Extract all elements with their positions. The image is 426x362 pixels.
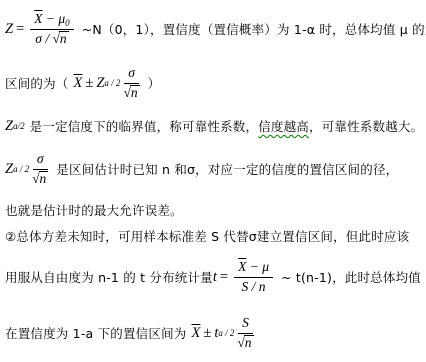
var-t: t xyxy=(213,269,217,286)
formula-z-statistic: Z = X − μ0 σ / √n xyxy=(5,11,77,46)
line2-text: 区间的为（ xyxy=(5,74,69,92)
plus-minus-sign: ± xyxy=(203,325,211,342)
doc-line-3: Za/2 是一定信度下的临界值，称可靠性系数，信度越高，可靠性系数越大。 xyxy=(5,111,422,141)
var-xbar: X xyxy=(191,325,200,342)
var-sigma: σ xyxy=(37,151,44,166)
mu-subscript: 0 xyxy=(65,18,70,28)
var-z: Z xyxy=(96,75,104,92)
fraction-numerator: S xyxy=(238,315,253,333)
var-s-over-n: S / n xyxy=(242,279,266,294)
fraction-denominator: S / n xyxy=(242,278,266,295)
var-n: n xyxy=(59,31,69,47)
line8-text: 在置信度为 1-a 下的置信区间为 xyxy=(5,324,186,342)
line1-text: ~N（0，1），置信度（置信概率）为 1-α 时，总体均值 μ 的置信 xyxy=(82,20,426,38)
var-z: Z xyxy=(5,118,13,135)
doc-line-6: ②总体方差未知时，可用样本标准差 S 代替σ建立置信区间，但此时应该 xyxy=(5,223,422,249)
var-xbar: X xyxy=(34,11,42,26)
fraction-z: X − μ0 σ / √n xyxy=(30,11,73,46)
fraction-numerator: σ xyxy=(124,65,139,83)
fraction-s-sqrtn: S √n xyxy=(237,315,253,350)
fraction-denominator: √n xyxy=(123,84,139,101)
formula-interval-z: X ± Za / 2 σ √n xyxy=(74,65,143,100)
symbol-z-a2: Za/2 xyxy=(5,118,25,135)
var-xbar: X xyxy=(238,259,246,274)
fraction-t: X − μ S / n xyxy=(234,259,273,294)
fraction-denominator: √n xyxy=(32,170,48,187)
doc-line-7: 用服从自由度为 n-1 的 t 分布统计量 t = X − μ S / n ~ … xyxy=(5,249,422,305)
var-n: n xyxy=(130,85,140,101)
line6-text: ②总体方差未知时，可用样本标准差 S 代替σ建立置信区间，但此时应该 xyxy=(5,227,409,245)
fraction-numerator: σ xyxy=(33,151,48,169)
plus-minus-sign: ± xyxy=(85,75,93,92)
doc-line-1: Z = X − μ0 σ / √n ~N（0，1），置信度（置信概率）为 1-α… xyxy=(5,3,422,55)
var-mu: − μ xyxy=(46,11,65,26)
var-mu: − μ xyxy=(250,259,269,274)
doc-line-2: 区间的为（ X ± Za / 2 σ √n ） xyxy=(5,55,422,111)
line3-text-b: ，可靠性系数越大。 xyxy=(309,117,423,135)
fraction-denominator: √n xyxy=(237,334,253,351)
formula-t-statistic: t = X − μ S / n xyxy=(213,259,276,294)
var-z: Z xyxy=(5,161,13,178)
line2-close-paren: ） xyxy=(148,74,161,92)
fraction-numerator: X − μ0 xyxy=(30,11,73,29)
var-n: n xyxy=(244,335,254,351)
var-xbar: X xyxy=(74,75,83,92)
fraction-sigma-sqrtn: σ √n xyxy=(32,151,48,186)
line5-text: 也就是估计时的最大允许误差。 xyxy=(5,201,183,219)
formula-interval-t: X ± ta / 2 S √n xyxy=(191,315,256,350)
var-sigma: σ xyxy=(128,65,135,80)
document-page: Z = X − μ0 σ / √n ~N（0，1），置信度（置信概率）为 1-α… xyxy=(0,0,426,362)
var-sigma: σ / xyxy=(35,31,49,46)
fraction-denominator: σ / √n xyxy=(35,30,68,47)
doc-line-8: 在置信度为 1-a 下的置信区间为 X ± ta / 2 S √n xyxy=(5,305,422,361)
doc-line-5: 也就是估计时的最大允许误差。 xyxy=(5,197,422,223)
var-s: S xyxy=(242,315,249,330)
equals-sign: = xyxy=(220,269,228,286)
var-z: Z xyxy=(5,21,13,38)
line3-text-a: 是一定信度下的临界值，称可靠性系数， xyxy=(30,117,259,135)
line4-text: 是区间估计时已知 n 和σ，对应一定的信度的置信区间的径， xyxy=(56,160,398,178)
line7-text-b: ~ t(n-1)，此时总体均值 μ xyxy=(281,268,426,286)
fraction-sigma-sqrtn: σ √n xyxy=(123,65,139,100)
equals-sign: = xyxy=(16,21,24,38)
formula-radius: Za / 2 σ √n xyxy=(5,151,51,186)
fraction-numerator: X − μ xyxy=(234,259,273,277)
line7-text-a: 用服从自由度为 n-1 的 t 分布统计量 xyxy=(5,268,213,286)
line3-spellcheck-text: 信度越高 xyxy=(258,117,309,135)
var-n: n xyxy=(39,171,49,187)
doc-line-4: Za / 2 σ √n 是区间估计时已知 n 和σ，对应一定的信度的置信区间的径… xyxy=(5,141,422,197)
